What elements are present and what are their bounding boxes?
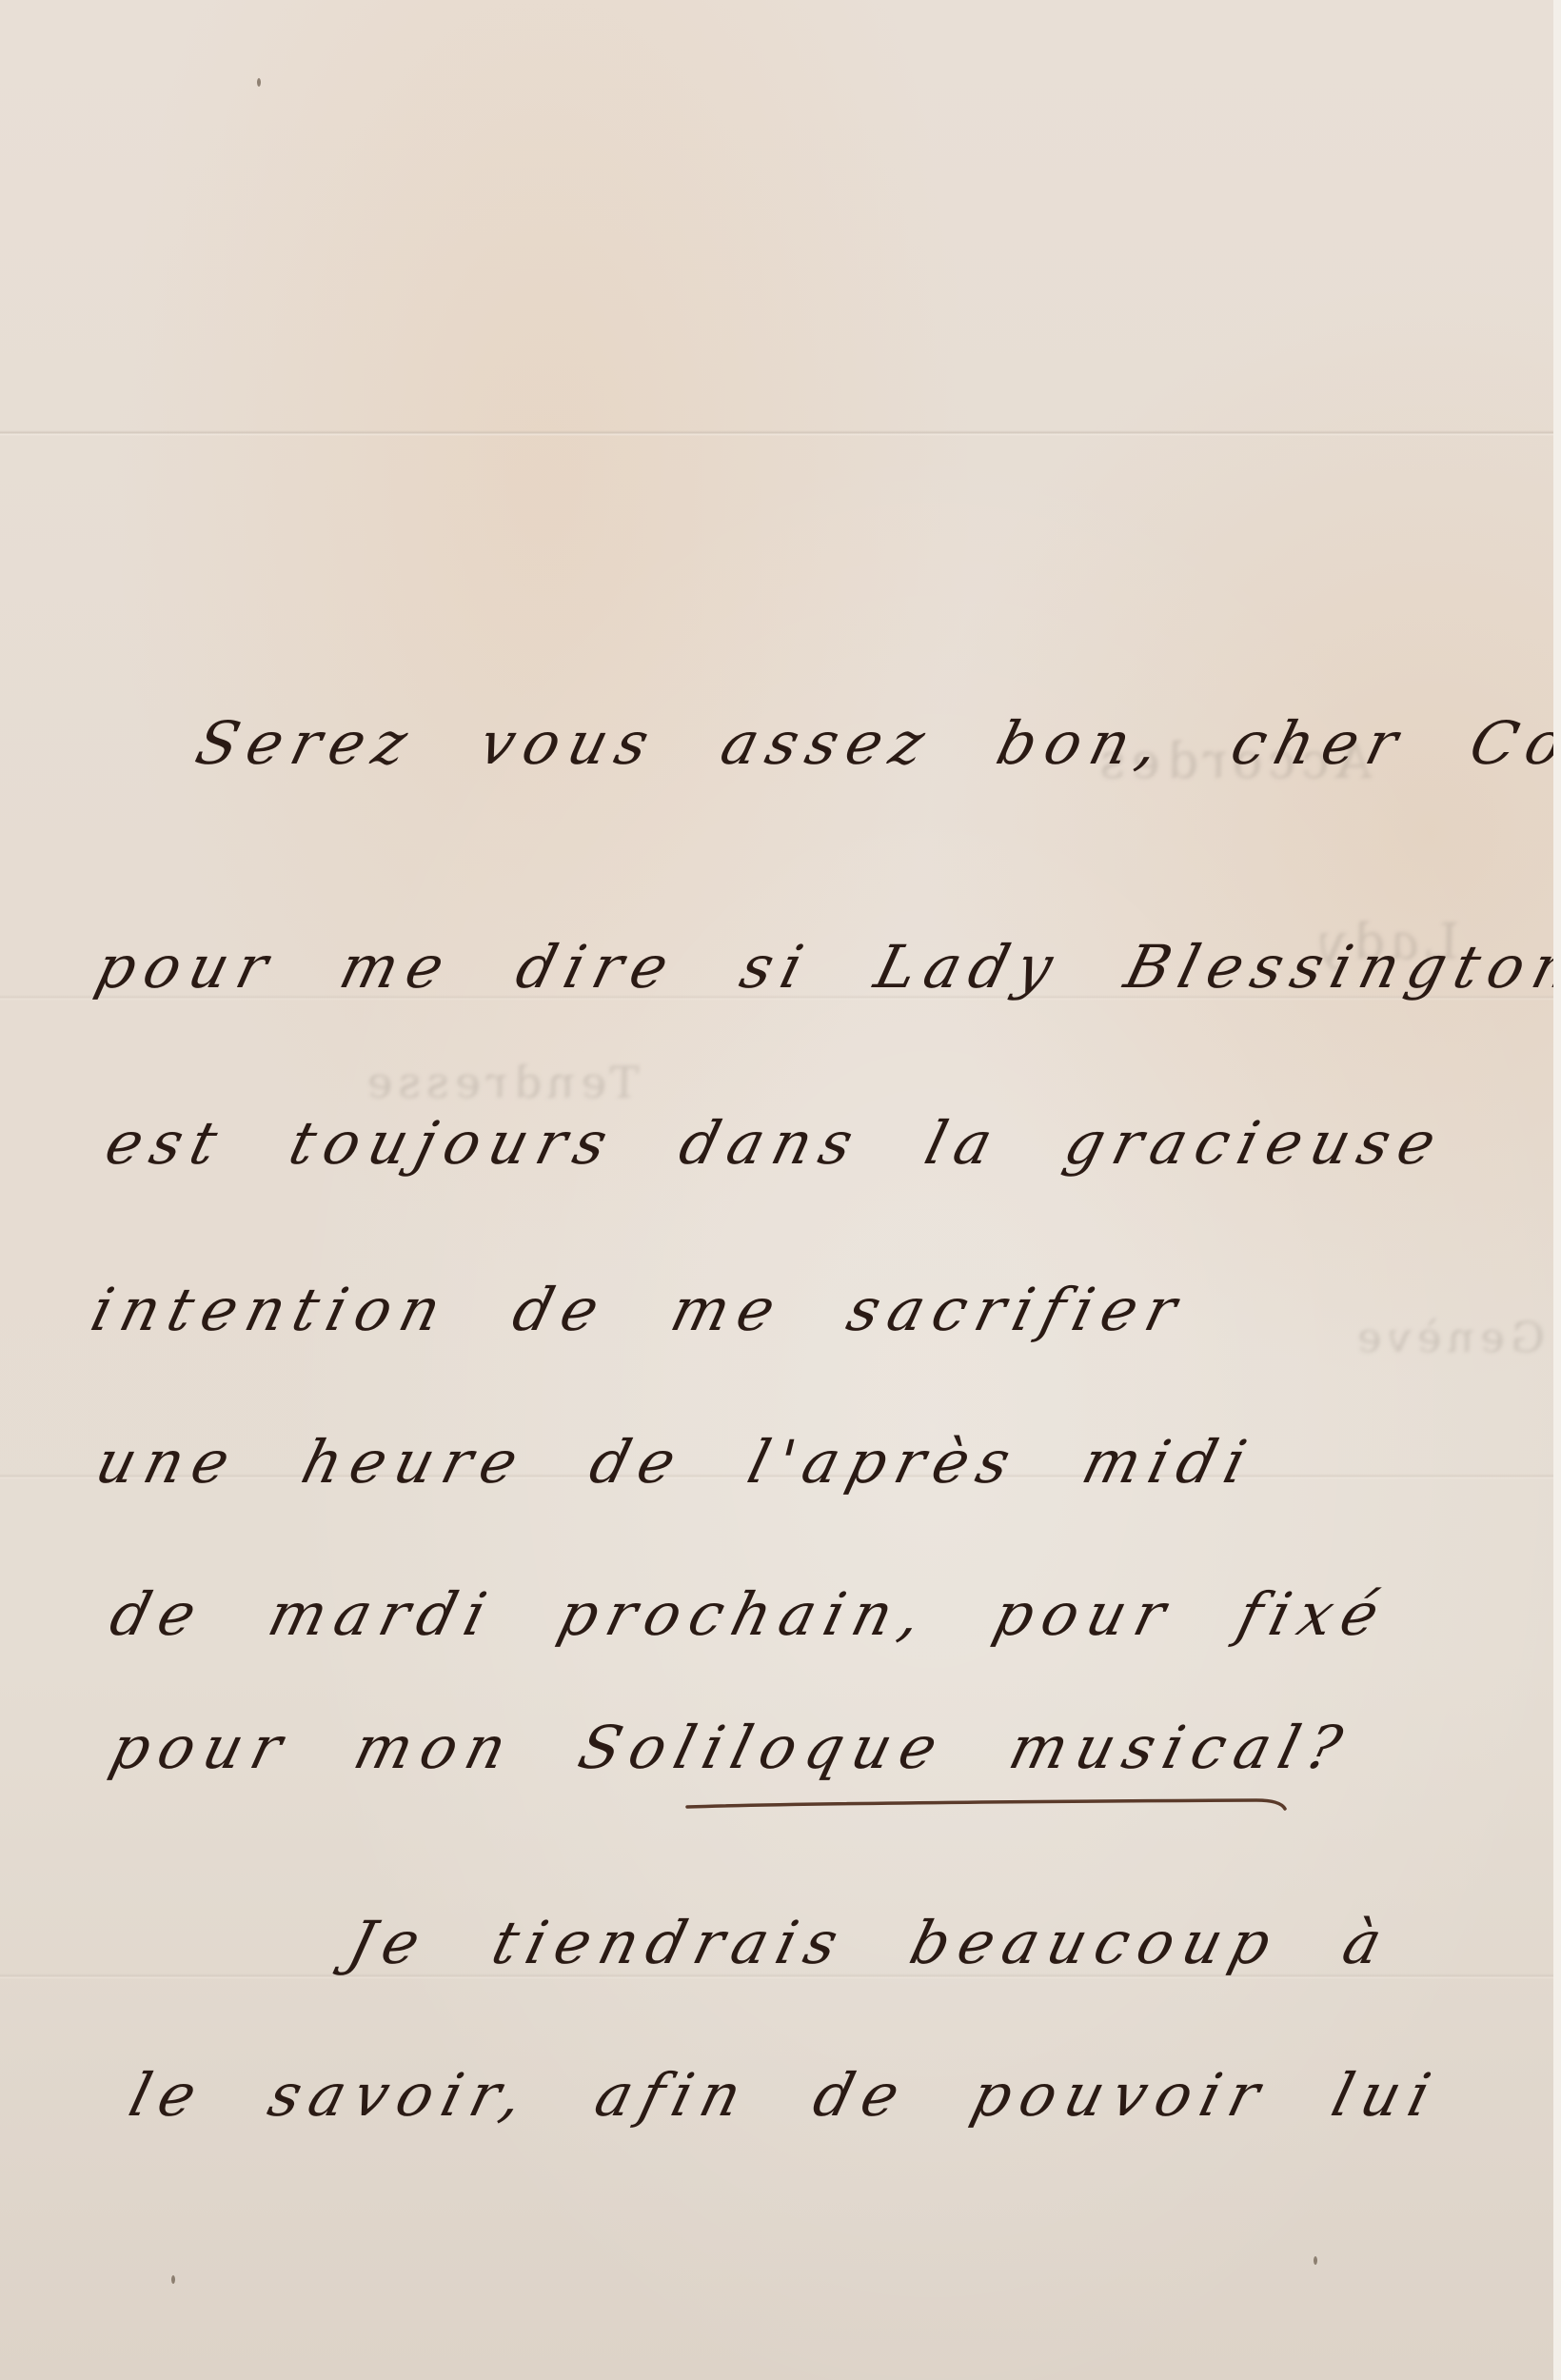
paper-fold-line — [0, 430, 1553, 436]
paper-speck — [1314, 2256, 1317, 2265]
paper-edge — [1553, 0, 1561, 2380]
letter-page: Accordes Lady Tendresse Genève Serez vou… — [0, 0, 1553, 2380]
underline-stroke — [685, 1797, 1294, 1811]
paper-speck — [171, 2275, 175, 2284]
letter-line-9: le savoir, afin de pouvoir lui — [124, 2066, 1445, 2125]
letter-line-6: de mardi prochain, pour fixé — [105, 1585, 1393, 1644]
letter-line-7: pour mon Soliloque musical? — [105, 1718, 1356, 1777]
bleed-through-text: Tendresse — [356, 1057, 644, 1108]
letter-line-4: intention de me sacrifier — [86, 1280, 1192, 1339]
bleed-through-text: Genève — [1347, 1314, 1550, 1362]
letter-line-3: est toujours dans la gracieuse — [100, 1114, 1451, 1173]
letter-line-5: une heure de l'après midi — [90, 1433, 1261, 1492]
letter-line-1: Serez vous assez bon, cher Comte, — [190, 714, 1553, 773]
paper-speck — [257, 78, 261, 87]
letter-line-2: pour me dire si Lady Blessington — [90, 938, 1553, 997]
letter-line-8: Je tiendrais beaucoup à — [343, 1914, 1396, 1973]
